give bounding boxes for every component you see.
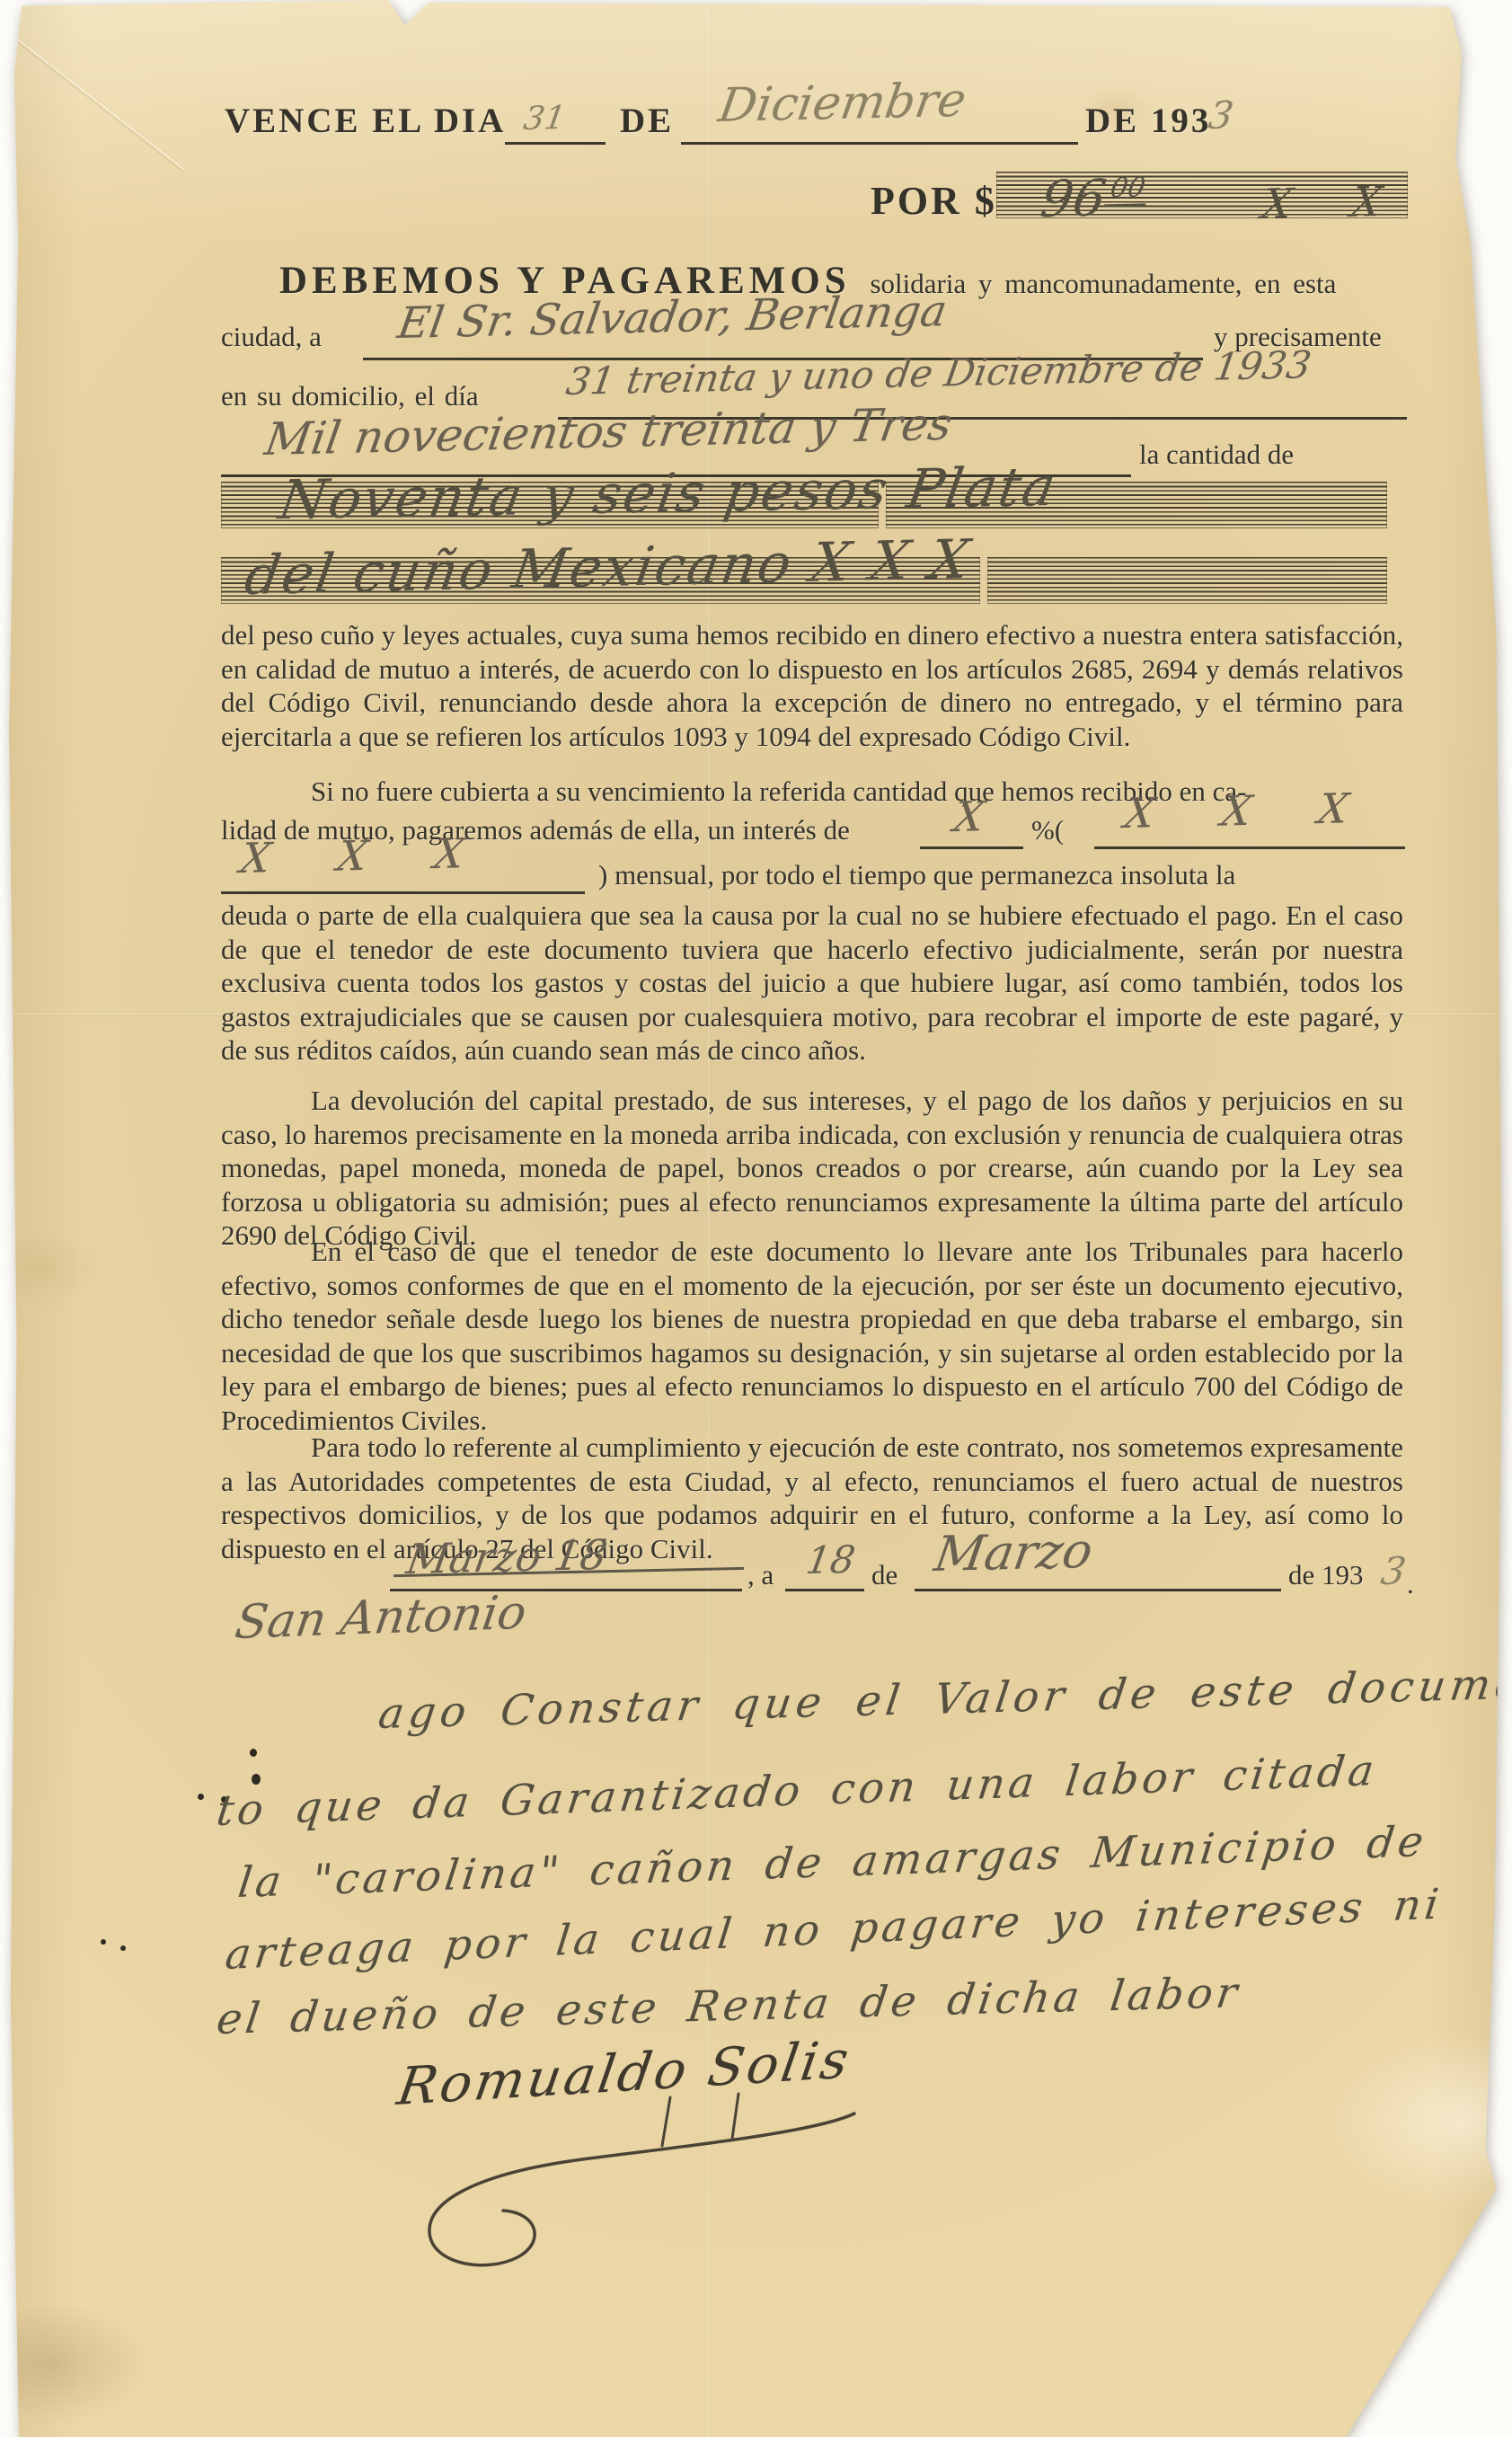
- de-label: DE: [620, 101, 674, 141]
- paragraph-mutuo: del peso cuño y leyes actuales, cuya sum…: [221, 618, 1403, 753]
- year-printed-label: DE 193: [1085, 101, 1211, 141]
- date-a-label: , a: [747, 1558, 774, 1592]
- note-line-5: el dueño de este Renta de dicha labor: [214, 1968, 1243, 2044]
- signature-flourish: [401, 2101, 868, 2281]
- due-month-handwriting: Diciembre: [715, 74, 969, 133]
- corner-crease: [13, 36, 184, 170]
- domicile-prefix: en su domicilio, el día: [221, 379, 479, 413]
- amount-x-marks: X X: [1259, 176, 1409, 228]
- date-year-printed: de 193: [1288, 1558, 1364, 1592]
- amount-words-hatch-2b: [987, 557, 1387, 604]
- ink-dot: [250, 1749, 257, 1757]
- paragraph-tribunales: En el caso de que el tenedor de este doc…: [221, 1235, 1403, 1438]
- interest-rate-x: X: [951, 792, 987, 841]
- scanned-page: VENCE EL DIA 31 DE Diciembre DE 193 3 PO…: [0, 0, 1512, 2437]
- percent-paren: %(: [1031, 813, 1064, 847]
- date-period: .: [1407, 1567, 1414, 1601]
- paragraph-devolucion: La devolución del capital prestado, de s…: [221, 1084, 1403, 1253]
- interest-paren-x-1: X X X: [1121, 784, 1379, 837]
- date-month-blank: Marzo: [915, 1553, 1281, 1591]
- interest-line-3: ) mensual, por todo el tiempo que perman…: [598, 858, 1235, 892]
- paper-sheet: VENCE EL DIA 31 DE Diciembre DE 193 3 PO…: [5, 0, 1507, 2437]
- ink-dot: [120, 1945, 126, 1951]
- due-day-blank: 31: [505, 108, 606, 145]
- note-line-2: to que da Garantizado con una labor cita…: [214, 1746, 1380, 1836]
- due-day-handwriting: 31: [521, 100, 568, 137]
- year-digit-handwriting: 3: [1206, 93, 1236, 137]
- amount-handwriting: 9600: [1037, 168, 1152, 229]
- interest-paren-x-2: X X X: [237, 829, 495, 882]
- date-day-handwriting: 18: [803, 1538, 858, 1582]
- ink-dot: [101, 1939, 106, 1945]
- date-month-handwriting: Marzo: [931, 1522, 1097, 1582]
- quantity-suffix: la cantidad de: [1139, 438, 1294, 472]
- paragraph-interest-rest: deuda o parte de ella cualquiera que sea…: [221, 899, 1403, 1068]
- amount-label: POR $: [871, 178, 997, 224]
- due-month-blank: Diciembre: [681, 108, 1078, 145]
- city-prefix: ciudad, a: [221, 320, 322, 354]
- ink-dot: [198, 1794, 204, 1800]
- date-de-label: de: [871, 1558, 897, 1592]
- interest-paren-blank-1: X X X: [1094, 811, 1405, 849]
- ink-dot: [252, 1774, 261, 1785]
- interest-paren-blank-2: X X X: [221, 855, 585, 894]
- note-line-1: ago Constar que el Valor de este documen: [376, 1659, 1512, 1739]
- place-handwriting: San Antonio: [232, 1586, 530, 1650]
- due-date-label: VENCE EL DIA: [225, 101, 506, 141]
- amount-pesos: 96: [1037, 169, 1110, 229]
- amount-cents: 00: [1104, 173, 1151, 208]
- date-day-blank: 18: [785, 1553, 864, 1591]
- interest-rate-blank: X: [920, 811, 1023, 849]
